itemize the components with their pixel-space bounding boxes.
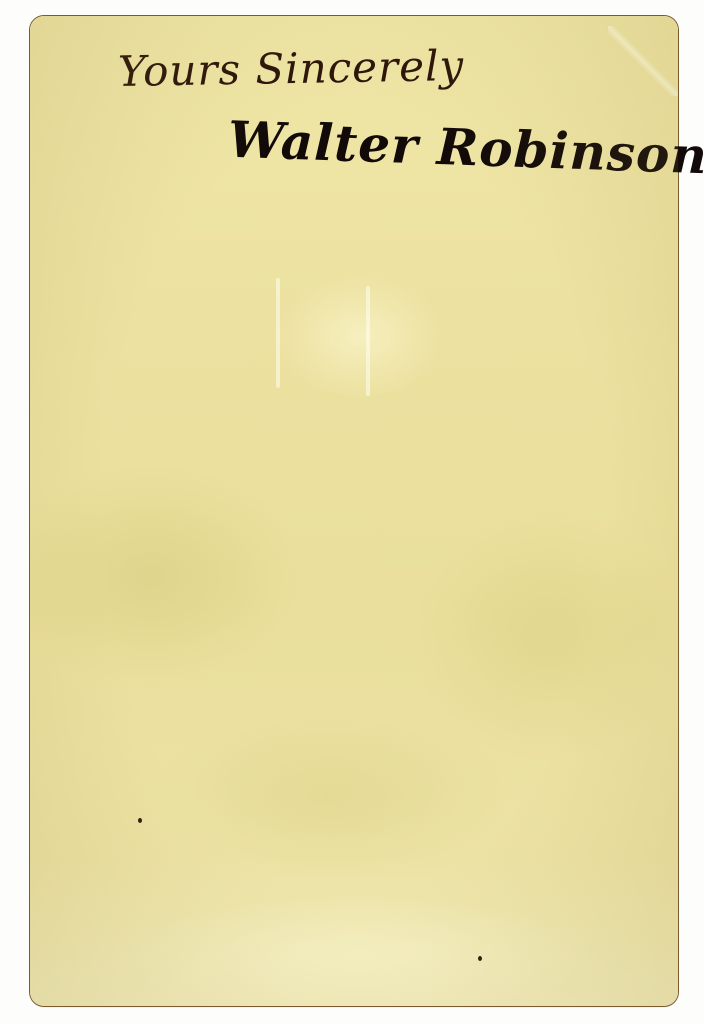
antique-card: Yours Sincerely Walter Robinson — [30, 16, 678, 1006]
ink-speck — [478, 956, 482, 961]
faded-mark — [366, 286, 370, 396]
handwritten-closing: Yours Sincerely — [118, 41, 465, 96]
handwritten-signature: Walter Robinson — [227, 110, 704, 186]
ink-speck — [138, 818, 142, 823]
faded-mark — [276, 278, 280, 388]
corner-crease — [608, 26, 678, 96]
